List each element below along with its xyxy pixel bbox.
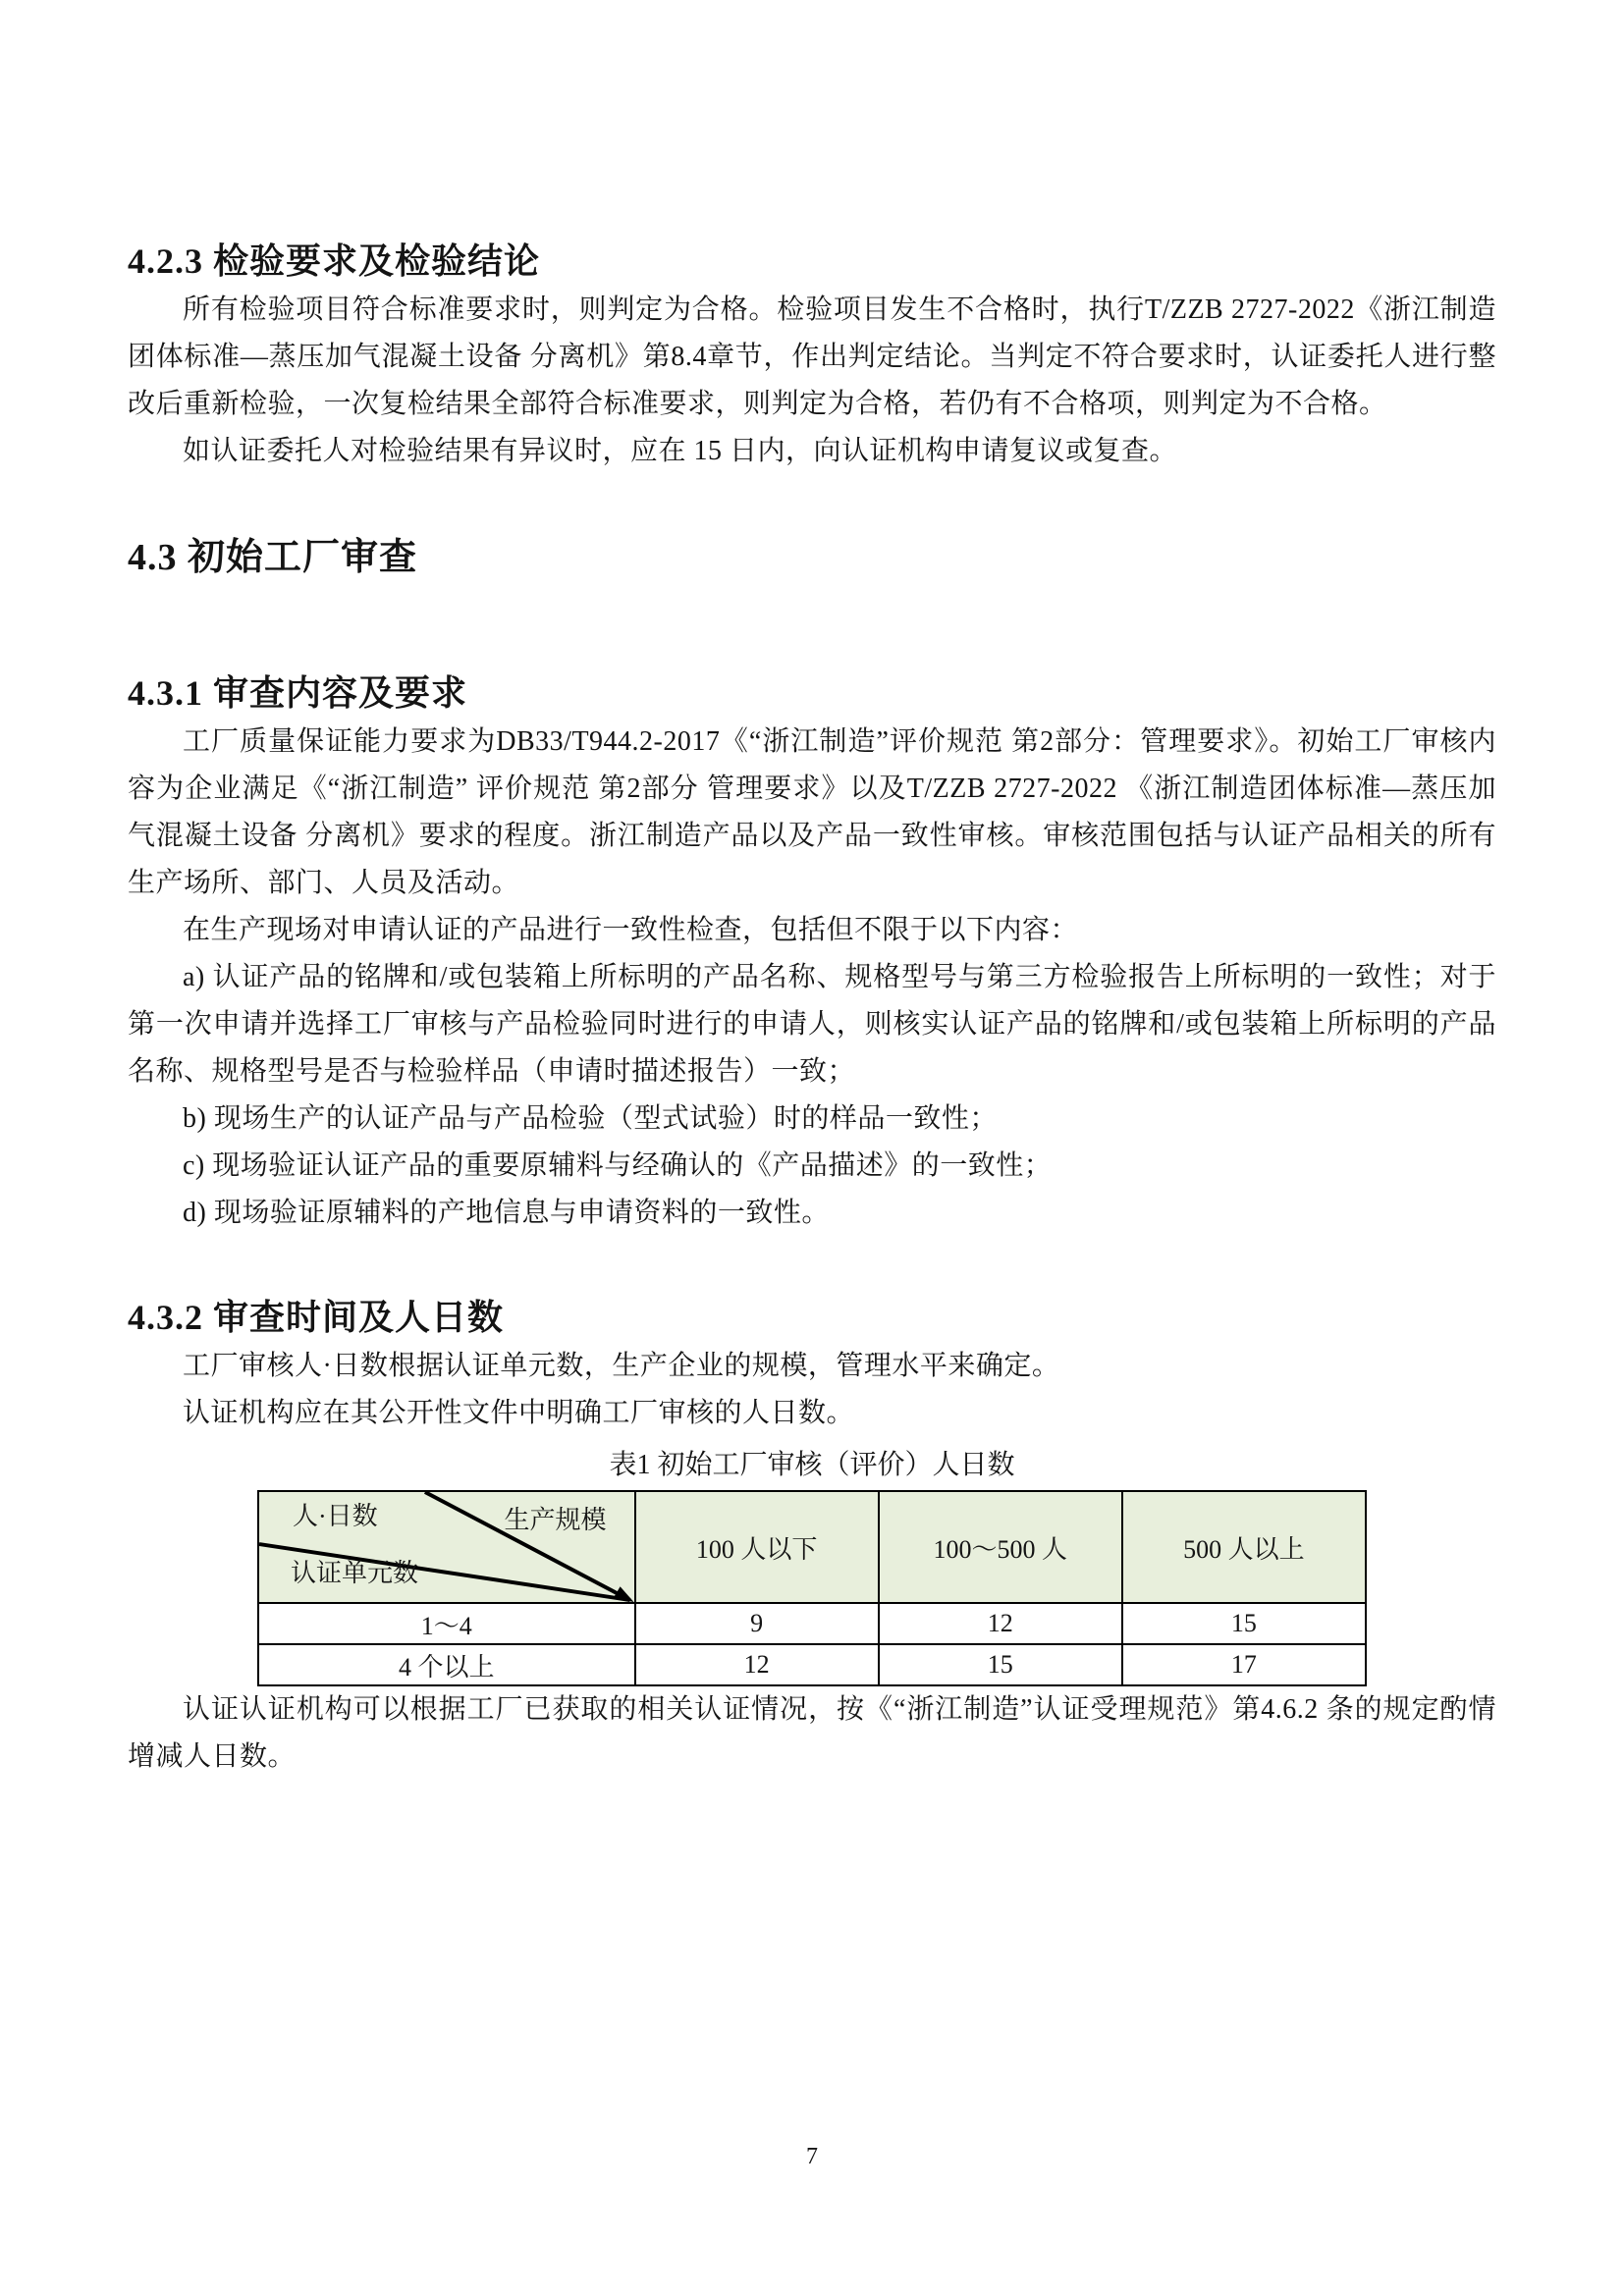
list-item-b: b) 现场生产的认证产品与产品检验（型式试验）时的样品一致性；: [128, 1095, 1496, 1143]
mandays-table: 人·日数 生产规模 认证单元数 100 人以下 100～500 人 500 人以…: [257, 1490, 1367, 1686]
document-page: 4.2.3 检验要求及检验结论 所有检验项目符合标准要求时，则判定为合格。检验项…: [0, 0, 1624, 2296]
table-header-row: 人·日数 生产规模 认证单元数 100 人以下 100～500 人 500 人以…: [258, 1491, 1366, 1603]
col-header-over-500: 500 人以上: [1122, 1491, 1366, 1603]
paragraph-consistency-intro: 在生产现场对申请认证的产品进行一致性检查，包括但不限于以下内容：: [128, 907, 1496, 954]
corner-label-scale: 生产规模: [505, 1506, 607, 1535]
table-caption: 表1 初始工厂审核（评价）人日数: [128, 1447, 1496, 1484]
table-corner-cell: 人·日数 生产规模 认证单元数: [258, 1491, 635, 1603]
heading-4-2-3: 4.2.3 检验要求及检验结论: [128, 236, 1496, 287]
col-header-100-500: 100～500 人: [879, 1491, 1122, 1603]
corner-label-mandays: 人·日数: [293, 1502, 378, 1531]
list-item-c: c) 现场验证认证产品的重要原辅料与经确认的《产品描述》的一致性；: [128, 1143, 1496, 1190]
row-label-1-4: 1～4: [258, 1603, 635, 1644]
corner-label-units: 认证单元数: [291, 1559, 418, 1588]
heading-4-3-1: 4.3.1 审查内容及要求: [128, 667, 1496, 719]
paragraph-mandays-rule: 工厂审核人·日数根据认证单元数，生产企业的规模，管理水平来确定。: [128, 1343, 1496, 1390]
heading-4-3-2: 4.3.2 审查时间及人日数: [128, 1292, 1496, 1343]
cell-value: 9: [635, 1603, 879, 1644]
table-row: 4 个以上 12 15 17: [258, 1644, 1366, 1685]
row-label-over-4: 4 个以上: [258, 1644, 635, 1685]
heading-4-3: 4.3 初始工厂审查: [128, 530, 1496, 585]
cell-value: 17: [1122, 1644, 1366, 1685]
paragraph-adjust-mandays: 认证认证机构可以根据工厂已获取的相关认证情况，按《“浙江制造”认证受理规范》第4…: [128, 1686, 1496, 1781]
paragraph-inspection-rule: 所有检验项目符合标准要求时，则判定为合格。检验项目发生不合格时，执行T/ZZB …: [128, 287, 1496, 428]
paragraph-audit-content: 工厂质量保证能力要求为DB33/T944.2-2017《“浙江制造”评价规范 第…: [128, 719, 1496, 907]
col-header-under-100: 100 人以下: [635, 1491, 879, 1603]
list-item-d: d) 现场验证原辅料的产地信息与申请资料的一致性。: [128, 1190, 1496, 1237]
table-row: 1～4 9 12 15: [258, 1603, 1366, 1644]
cell-value: 15: [1122, 1603, 1366, 1644]
cell-value: 15: [879, 1644, 1122, 1685]
cell-value: 12: [879, 1603, 1122, 1644]
paragraph-mandays-public: 认证机构应在其公开性文件中明确工厂审核的人日数。: [128, 1390, 1496, 1437]
paragraph-objection: 如认证委托人对检验结果有异议时，应在 15 日内，向认证机构申请复议或复查。: [128, 428, 1496, 475]
page-number: 7: [0, 2144, 1624, 2170]
list-item-a: a) 认证产品的铭牌和/或包装箱上所标明的产品名称、规格型号与第三方检验报告上所…: [128, 954, 1496, 1095]
cell-value: 12: [635, 1644, 879, 1685]
